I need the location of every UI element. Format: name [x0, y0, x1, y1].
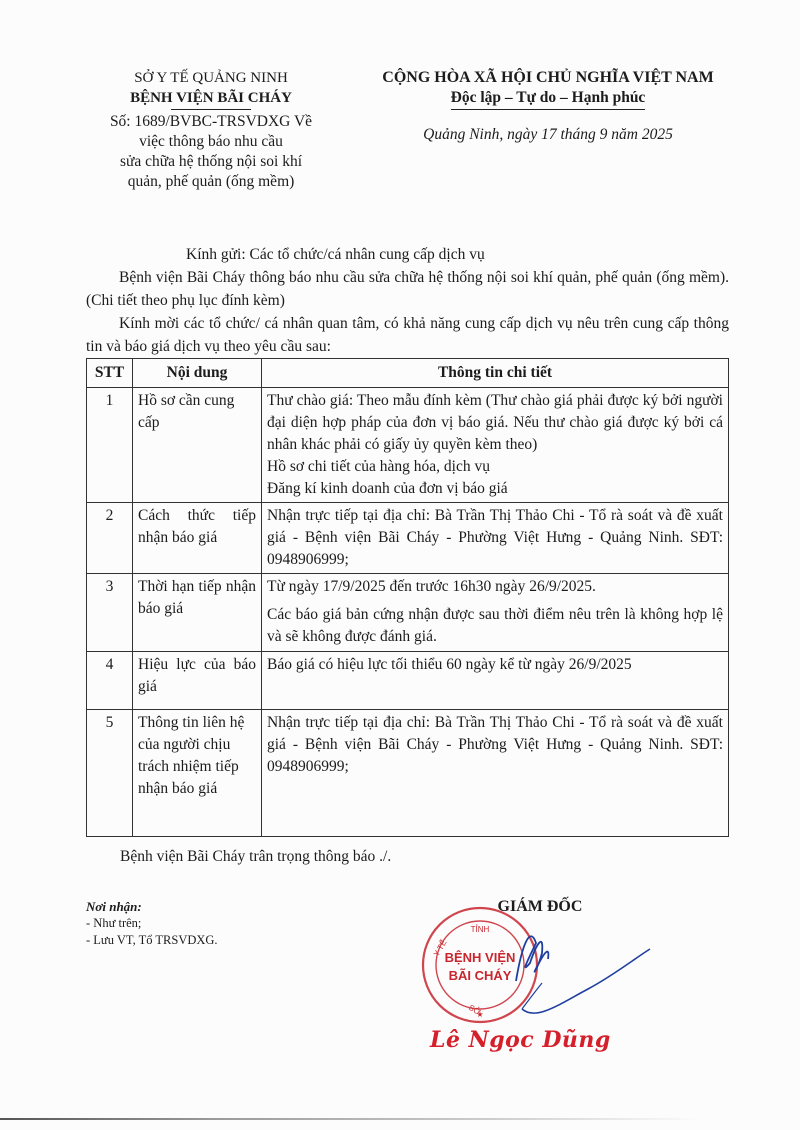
stamp-center-line1: BỆNH VIỆN — [445, 950, 516, 965]
place-date: Quảng Ninh, ngày 17 tháng 9 năm 2025 — [348, 126, 748, 144]
detail-line: Báo giá có hiệu lực tối thiểu 60 ngày kể… — [267, 654, 723, 676]
detail-line: Đăng kí kinh doanh của đơn vị báo giá — [267, 478, 723, 500]
row-number: 5 — [87, 710, 133, 837]
row-details: Báo giá có hiệu lực tối thiểu 60 ngày kể… — [262, 652, 729, 710]
scan-edge-divider — [0, 1118, 700, 1120]
row-details: Nhận trực tiếp tại địa chỉ: Bà Trần Thị … — [262, 710, 729, 837]
row-number: 1 — [87, 388, 133, 503]
recipient-item: - Như trên; — [86, 915, 218, 932]
stamp-top-text: TỈNH — [471, 925, 490, 934]
table-row: 1 Hồ sơ cần cung cấp Thư chào giá: Theo … — [87, 388, 729, 503]
row-number: 3 — [87, 574, 133, 652]
detail-line: Từ ngày 17/9/2025 đến trước 16h30 ngày 2… — [267, 576, 723, 598]
recipients-block: Nơi nhận: - Như trên; - Lưu VT, Tổ TRSVD… — [86, 898, 218, 949]
detail-line: Các báo giá bản cứng nhận được sau thời … — [267, 604, 723, 648]
official-stamp-icon: TỈNH Y TẾ SỞ BỆNH VIỆN BÃI CHÁY ★ — [418, 905, 678, 1035]
signer-name: Lê Ngọc Dũng — [430, 1027, 611, 1053]
row-details: Từ ngày 17/9/2025 đến trước 16h30 ngày 2… — [262, 574, 729, 652]
nation-title: CỘNG HÒA XÃ HỘI CHỦ NGHĨA VIỆT NAM — [348, 68, 748, 88]
divider — [171, 109, 251, 110]
recipient-item: - Lưu VT, Tổ TRSVDXG. — [86, 932, 218, 949]
table-row: 5 Thông tin liên hệ của người chịu trách… — [87, 710, 729, 837]
table-row: 4 Hiệu lực của báo giá Báo giá có hiệu l… — [87, 652, 729, 710]
requirements-table: STT Nội dung Thông tin chi tiết 1 Hồ sơ … — [86, 358, 729, 837]
row-details: Nhận trực tiếp tại địa chỉ: Bà Trần Thị … — [262, 503, 729, 574]
department-name: SỞ Y TẾ QUẢNG NINH — [86, 68, 336, 88]
svg-text:★: ★ — [476, 1010, 483, 1019]
hospital-name: BỆNH VIỆN BÃI CHÁY — [86, 88, 336, 108]
table-row: 2 Cách thức tiếp nhận báo giá Nhận trực … — [87, 503, 729, 574]
invitation-paragraph: Kính mời các tổ chức/ cá nhân quan tâm, … — [86, 312, 729, 358]
detail-line: Nhận trực tiếp tại địa chỉ: Bà Trần Thị … — [267, 505, 723, 571]
row-number: 4 — [87, 652, 133, 710]
table-row: 3 Thời hạn tiếp nhận báo giá Từ ngày 17/… — [87, 574, 729, 652]
detail-line: Hồ sơ chi tiết của hàng hóa, dịch vụ — [267, 456, 723, 478]
detail-line: Nhận trực tiếp tại địa chỉ: Bà Trần Thị … — [267, 712, 723, 778]
column-header-content: Nội dung — [133, 359, 262, 388]
national-header-block: CỘNG HÒA XÃ HỘI CHỦ NGHĨA VIỆT NAM Độc l… — [348, 68, 748, 144]
closing-line: Bệnh viện Bãi Cháy trân trọng thông báo … — [120, 845, 391, 868]
column-header-details: Thông tin chi tiết — [262, 359, 729, 388]
detail-line: Thư chào giá: Theo mẫu đính kèm (Thư chà… — [267, 390, 723, 456]
row-content: Thông tin liên hệ của người chịu trách n… — [133, 710, 262, 837]
table-header-row: STT Nội dung Thông tin chi tiết — [87, 359, 729, 388]
recipients-title: Nơi nhận: — [86, 898, 218, 915]
doc-subject-line: sửa chữa hệ thống nội soi khí — [86, 152, 336, 172]
doc-subject-line: việc thông báo nhu cầu — [86, 132, 336, 152]
salutation: Kính gửi: Các tổ chức/cá nhân cung cấp d… — [186, 243, 485, 266]
row-content: Thời hạn tiếp nhận báo giá — [133, 574, 262, 652]
column-header-stt: STT — [87, 359, 133, 388]
row-content: Hiệu lực của báo giá — [133, 652, 262, 710]
intro-paragraph: Bệnh viện Bãi Cháy thông báo nhu cầu sửa… — [86, 266, 729, 312]
row-number: 2 — [87, 503, 133, 574]
doc-subject-line: quản, phế quản (ống mềm) — [86, 172, 336, 192]
row-content: Hồ sơ cần cung cấp — [133, 388, 262, 503]
doc-number-line: Số: 1689/BVBC-TRSVDXG Về — [86, 112, 336, 132]
row-details: Thư chào giá: Theo mẫu đính kèm (Thư chà… — [262, 388, 729, 503]
stamp-center-line2: BÃI CHÁY — [449, 968, 512, 983]
row-content: Cách thức tiếp nhận báo giá — [133, 503, 262, 574]
issuing-agency-block: SỞ Y TẾ QUẢNG NINH BỆNH VIỆN BÃI CHÁY Số… — [86, 68, 336, 192]
motto: Độc lập – Tự do – Hạnh phúc — [451, 88, 646, 110]
